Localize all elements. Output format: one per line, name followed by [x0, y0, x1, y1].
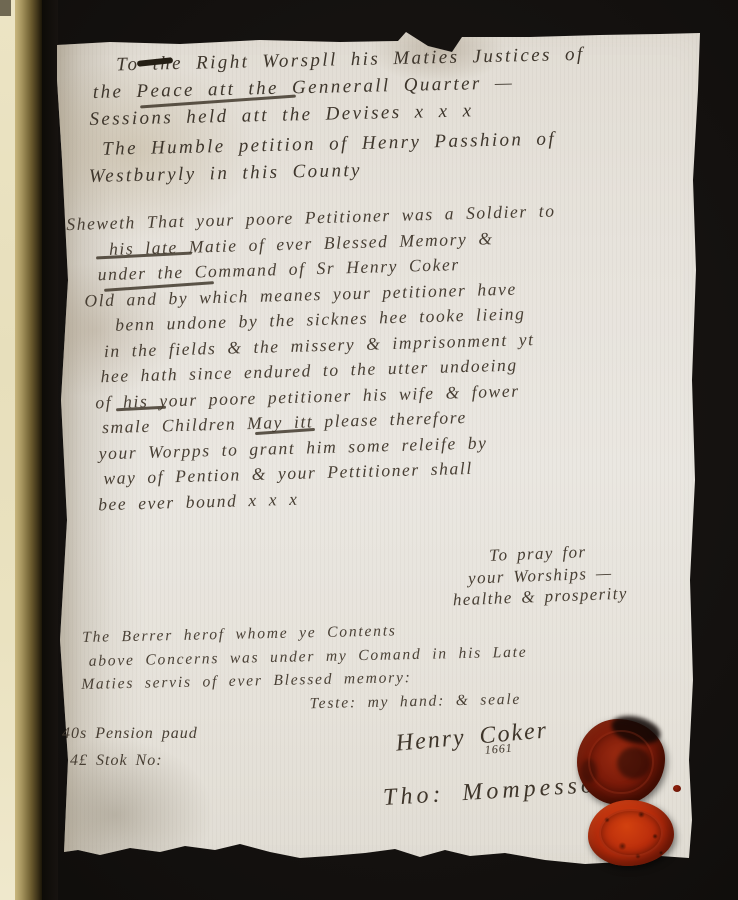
marginal-clerk-notes: 40s Pension paud 4£ Stok No: [0, 720, 198, 774]
teste-line: Teste: my hand: & seale [309, 687, 528, 715]
petition-body: Sheweth That your poore Petitioner was a… [0, 198, 564, 519]
wax-droplet [673, 785, 681, 792]
note-line: 4£ Stok No: [70, 747, 198, 774]
petition-closing-prayer: To pray for your Worships — healthe & pr… [451, 540, 628, 611]
signature-henry-coker: Henry Coker 1661 [395, 717, 550, 765]
seal-impression-ring [599, 809, 663, 858]
commander-endorsement: The Berrer herof whome ye Contents above… [0, 617, 529, 722]
petition-heading: To the Right Worspll his Maties Justices… [0, 41, 587, 192]
seal-impression-ring [588, 730, 653, 794]
note-line: 40s Pension paud [62, 720, 198, 747]
photographed-petition-scene: To the Right Worspll his Maties Justices… [0, 0, 738, 900]
